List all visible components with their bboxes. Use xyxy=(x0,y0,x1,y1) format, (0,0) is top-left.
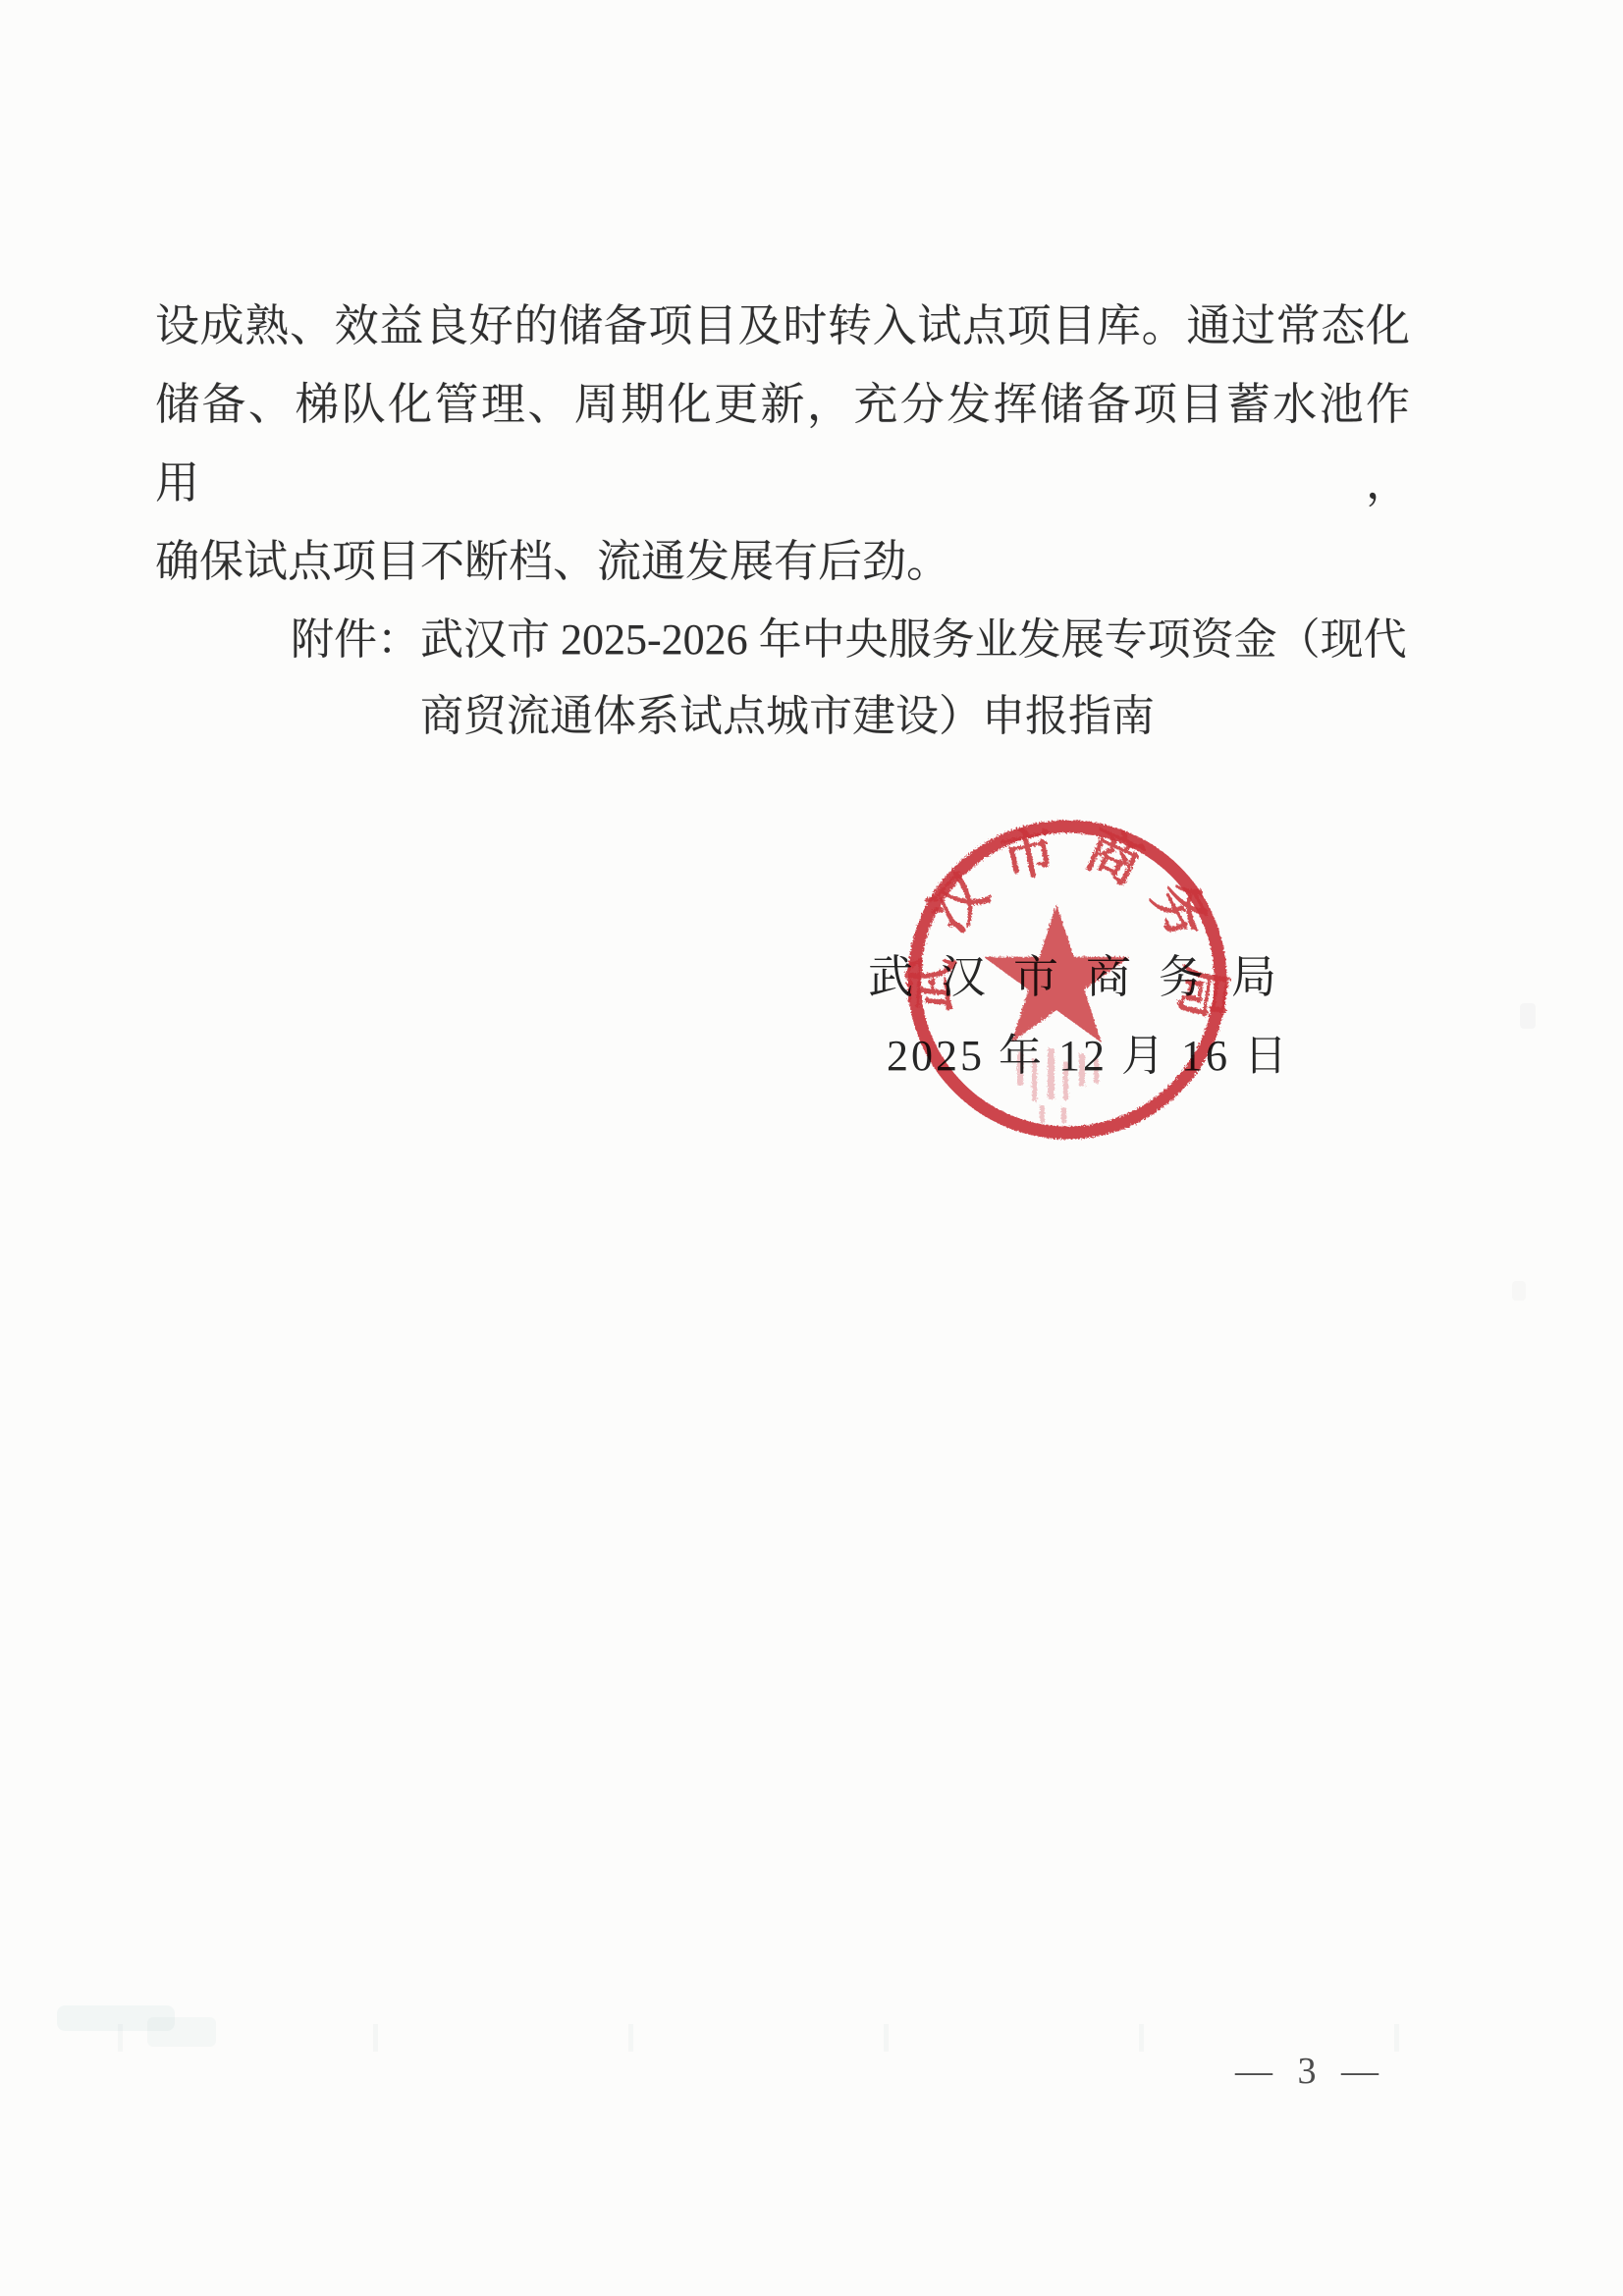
attachment-line-2: 商贸流通体系试点城市建设）申报指南 xyxy=(420,687,1155,746)
scan-artifact xyxy=(1520,1003,1536,1029)
body-paragraph: 设成熟、效益良好的储备项目及时转入试点项目库。通过常态化 储备、梯队化管理、周期… xyxy=(155,287,1410,601)
scan-artifact xyxy=(147,2017,216,2047)
scanned-document-page: 设成熟、效益良好的储备项目及时转入试点项目库。通过常态化 储备、梯队化管理、周期… xyxy=(0,0,1623,2296)
paragraph-line-2: 储备、梯队化管理、周期化更新，充分发挥储备项目蓄水池作用， xyxy=(155,365,1410,522)
official-seal: 武汉市商务局 xyxy=(896,811,1238,1152)
attachment-line-1: 附件：武汉市 2025-2026 年中央服务业发展专项资金（现代 xyxy=(291,611,1407,669)
seal-smudge xyxy=(1017,1048,1099,1123)
scan-artifact xyxy=(57,2005,175,2031)
seal-star-icon xyxy=(984,904,1129,1042)
paragraph-line-3: 确保试点项目不断档、流通发展有后劲。 xyxy=(155,522,1410,601)
scan-artifact-row xyxy=(0,2024,1623,2052)
scan-artifact xyxy=(1512,1281,1526,1301)
page-number: — 3 — xyxy=(1235,2050,1386,2093)
paragraph-line-1: 设成熟、效益良好的储备项目及时转入试点项目库。通过常态化 xyxy=(155,287,1410,365)
